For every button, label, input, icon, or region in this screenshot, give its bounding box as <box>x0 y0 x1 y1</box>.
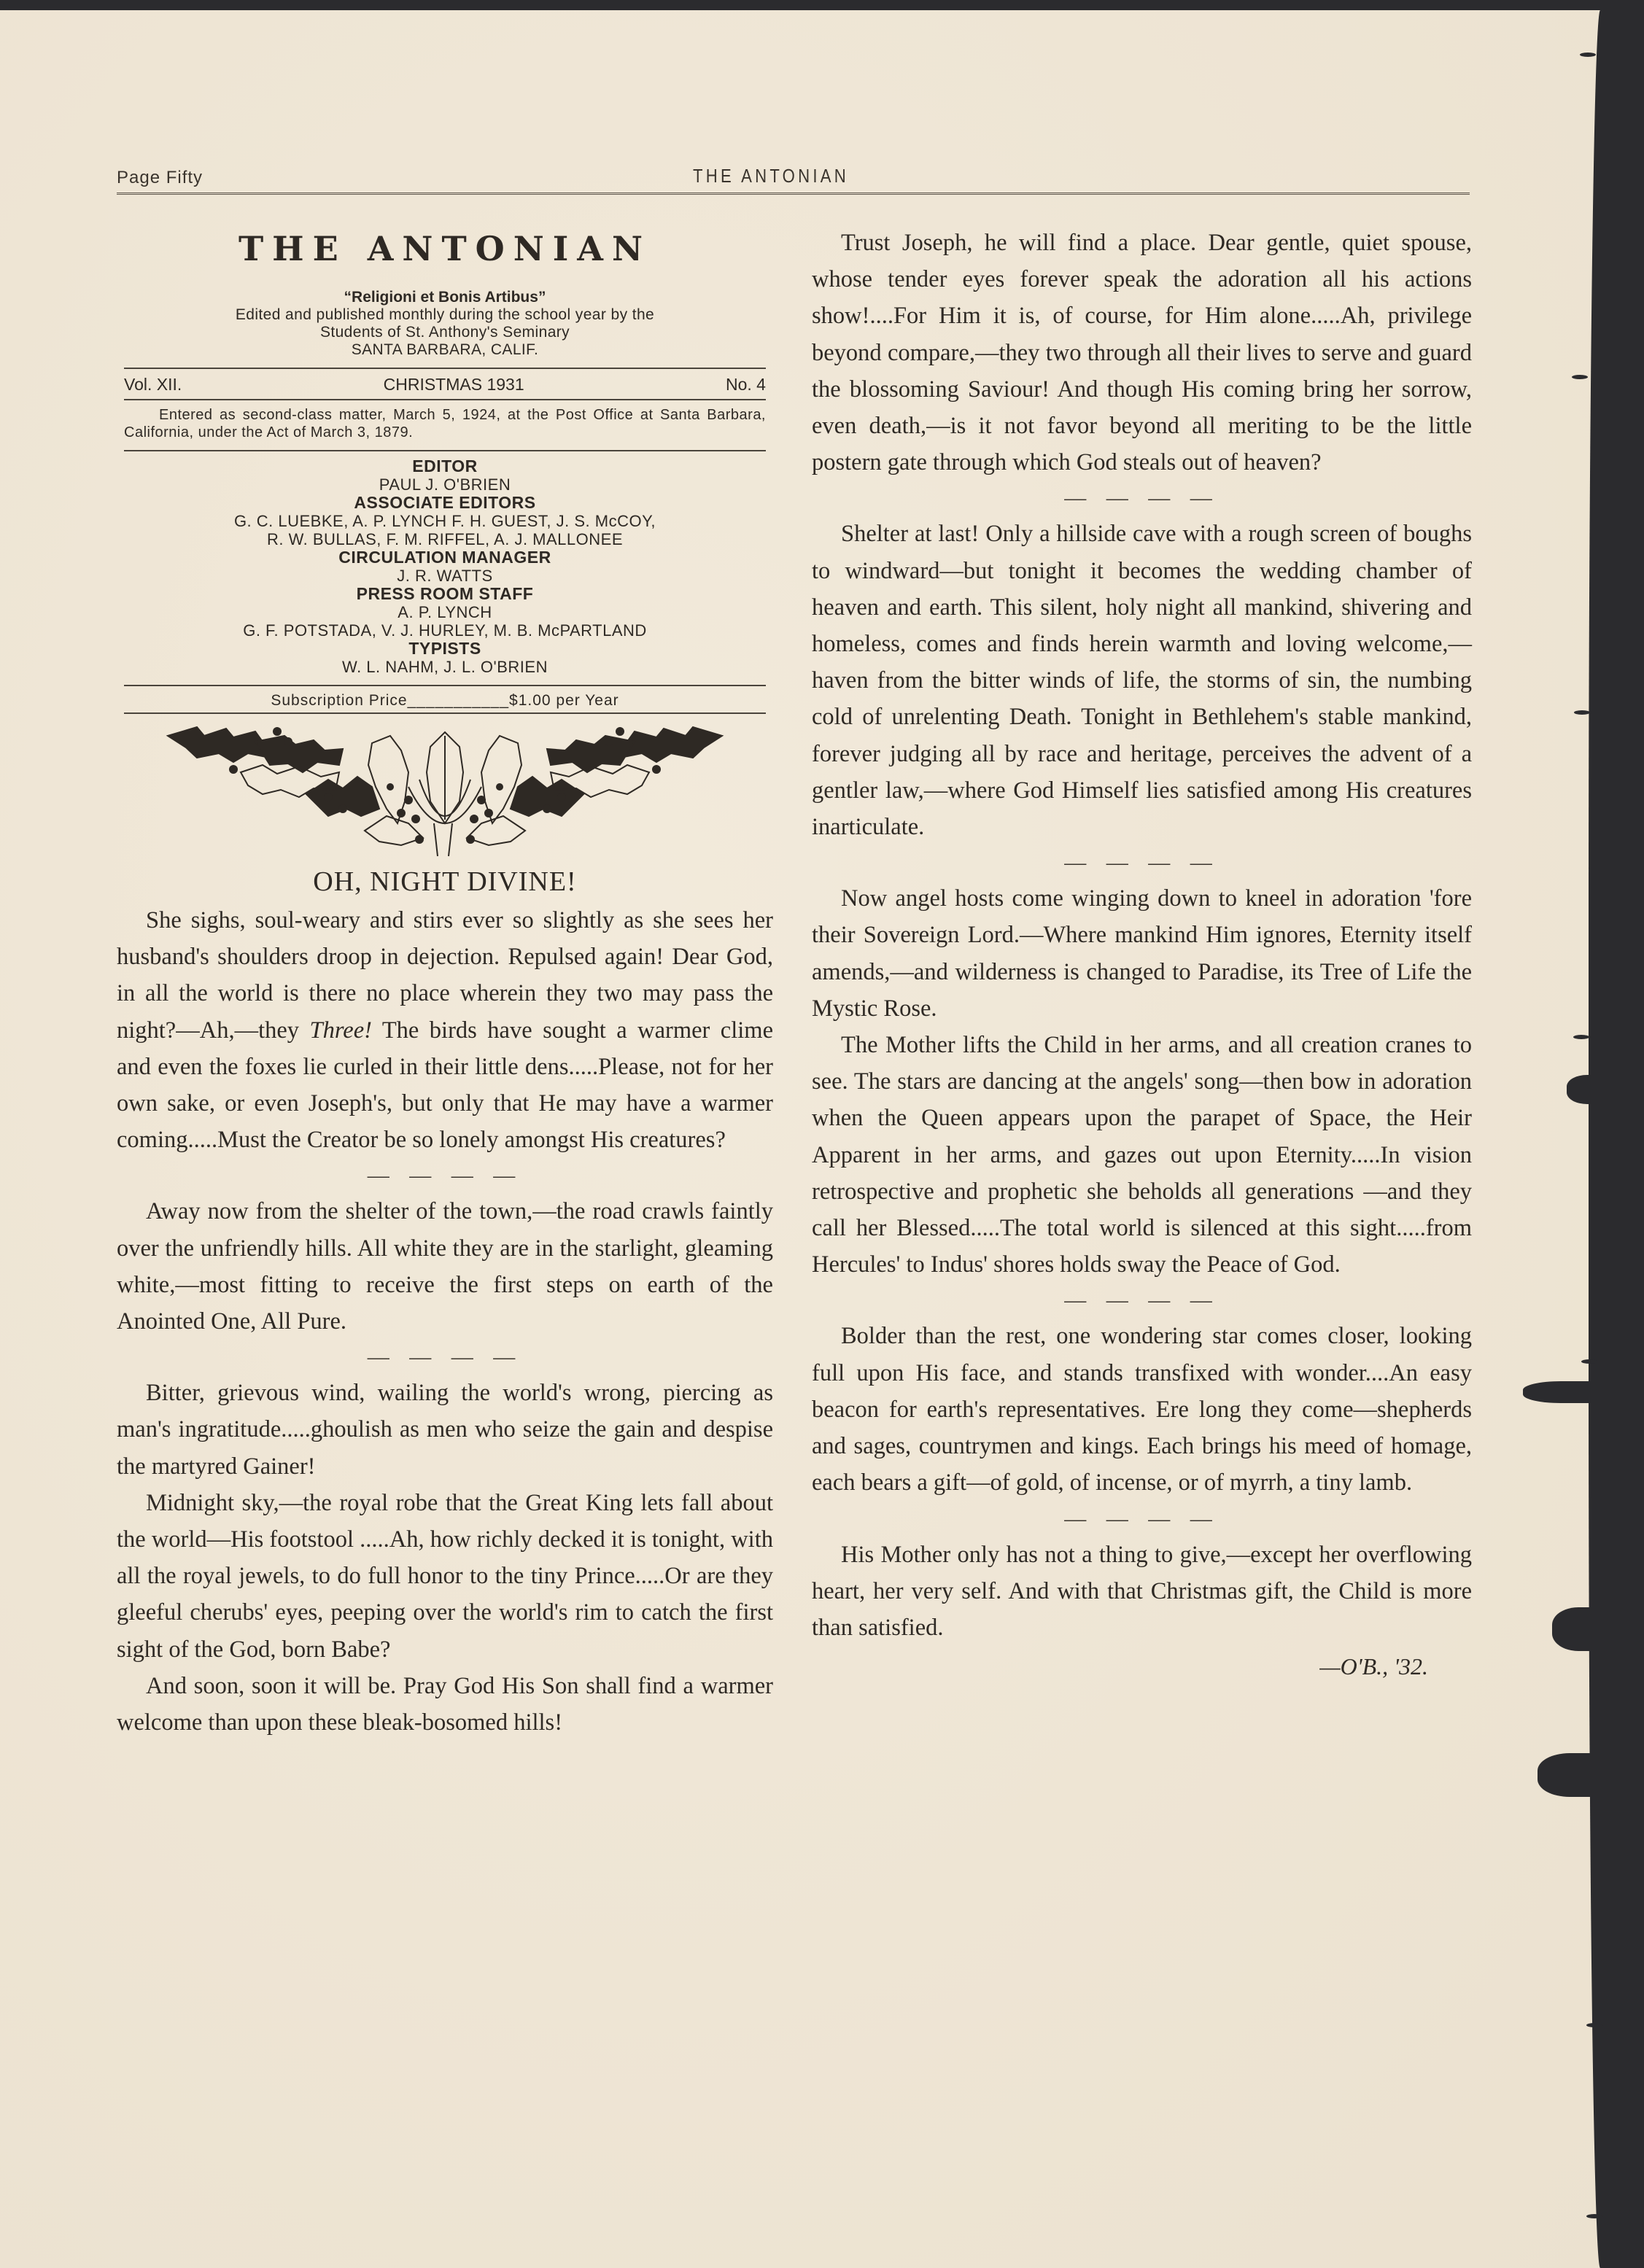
staff-name: A. P. LYNCH <box>117 603 773 621</box>
running-head: Page Fifty THE ANTONIAN <box>117 163 1470 193</box>
issue-date: CHRISTMAS 1931 <box>384 375 524 395</box>
staff-name: G. F. POTSTADA, V. J. HURLEY, M. B. McPA… <box>117 621 773 640</box>
emphasis-text: Three! <box>310 1017 372 1044</box>
holly-ornament-icon <box>153 721 737 860</box>
article-paragraph: Bolder than the rest, one wondering star… <box>812 1318 1472 1501</box>
torn-edge <box>1538 1753 1618 1797</box>
page-number: Page Fifty <box>117 168 203 188</box>
section-separator: — — — — <box>117 1158 773 1193</box>
staff-name: G. C. LUEBKE, A. P. LYNCH F. H. GUEST, J… <box>117 512 773 530</box>
divider <box>124 712 766 714</box>
publisher-line: Students of St. Anthony's Seminary <box>117 324 773 341</box>
magazine-page: Page Fifty THE ANTONIAN THE ANTONIAN “Re… <box>0 10 1618 2268</box>
section-separator: — — — — <box>812 845 1472 880</box>
article-paragraph: His Mother only has not a thing to give,… <box>812 1537 1472 1647</box>
running-title: THE ANTONIAN <box>693 165 849 187</box>
issue-number: No. 4 <box>726 375 766 395</box>
masthead-motto: “Religioni et Bonis Artibus” <box>117 289 773 306</box>
publisher-line: SANTA BARBARA, CALIF. <box>117 341 773 359</box>
staff-role: EDITOR <box>117 457 773 475</box>
volume: Vol. XII. <box>124 375 182 395</box>
article-paragraph: Bitter, grievous wind, wailing the world… <box>117 1375 773 1485</box>
right-column: Trust Joseph, he will find a place. Dear… <box>812 222 1472 1687</box>
binding-hole <box>1574 710 1590 715</box>
section-separator: — — — — <box>812 481 1472 516</box>
article-paragraph: The Mother lifts the Child in her arms, … <box>812 1027 1472 1283</box>
article-paragraph: Trust Joseph, he will find a place. Dear… <box>812 225 1472 481</box>
divider <box>124 399 766 400</box>
binding-hole <box>1580 53 1596 57</box>
staff-name: R. W. BULLAS, F. M. RIFFEL, A. J. MALLON… <box>117 530 773 548</box>
binding-hole <box>1573 1035 1589 1039</box>
binding-hole <box>1586 2214 1602 2218</box>
binding-hole <box>1581 1359 1597 1364</box>
entry-notice-text: Entered as second-class matter, March 5,… <box>124 407 766 440</box>
staff-role: TYPISTS <box>117 640 773 658</box>
staff-name: W. L. NAHM, J. L. O'BRIEN <box>117 658 773 676</box>
author-signature: —O'B., '32. <box>812 1646 1472 1687</box>
torn-edge <box>1552 1607 1618 1651</box>
article-paragraph: And soon, soon it will be. Pray God His … <box>117 1668 773 1741</box>
article-paragraph: Shelter at last! Only a hillside cave wi… <box>812 516 1472 845</box>
section-separator: — — — — <box>812 1502 1472 1537</box>
left-column: THE ANTONIAN “Religioni et Bonis Artibus… <box>117 222 773 1741</box>
section-separator: — — — — <box>812 1283 1472 1318</box>
staff-role: PRESS ROOM STAFF <box>117 585 773 603</box>
binding-hole <box>1572 375 1588 379</box>
divider <box>124 685 766 686</box>
article-paragraph: Away now from the shelter of the town,—t… <box>117 1193 773 1340</box>
entry-notice: Entered as second-class matter, March 5,… <box>117 406 773 441</box>
staff-name: PAUL J. O'BRIEN <box>117 475 773 494</box>
torn-edge <box>1567 1075 1618 1104</box>
staff-list: EDITOR PAUL J. O'BRIEN ASSOCIATE EDITORS… <box>117 457 773 676</box>
staff-role: CIRCULATION MANAGER <box>117 548 773 567</box>
article-paragraph: Now angel hosts come winging down to kne… <box>812 880 1472 1027</box>
article-paragraph: Midnight sky,—the royal robe that the Gr… <box>117 1485 773 1668</box>
issue-line: Vol. XII. CHRISTMAS 1931 No. 4 <box>117 375 773 395</box>
article-paragraph: She sighs, soul-weary and stirs ever so … <box>117 902 773 1158</box>
binding-hole <box>1586 2023 1602 2027</box>
divider <box>124 450 766 451</box>
masthead-title: THE ANTONIAN <box>117 222 773 268</box>
header-rule <box>117 193 1470 195</box>
subscription-price: Subscription Price___________$1.00 per Y… <box>117 692 773 710</box>
torn-edge <box>1523 1381 1618 1403</box>
divider <box>124 368 766 369</box>
torn-edge <box>1589 10 1618 2268</box>
masthead-dot <box>117 268 773 284</box>
section-separator: — — — — <box>117 1340 773 1375</box>
staff-role: ASSOCIATE EDITORS <box>117 494 773 512</box>
staff-name: J. R. WATTS <box>117 567 773 585</box>
masthead: THE ANTONIAN “Religioni et Bonis Artibus… <box>117 222 773 714</box>
article-title: OH, NIGHT DIVINE! <box>117 866 773 898</box>
publisher-line: Edited and published monthly during the … <box>117 306 773 324</box>
